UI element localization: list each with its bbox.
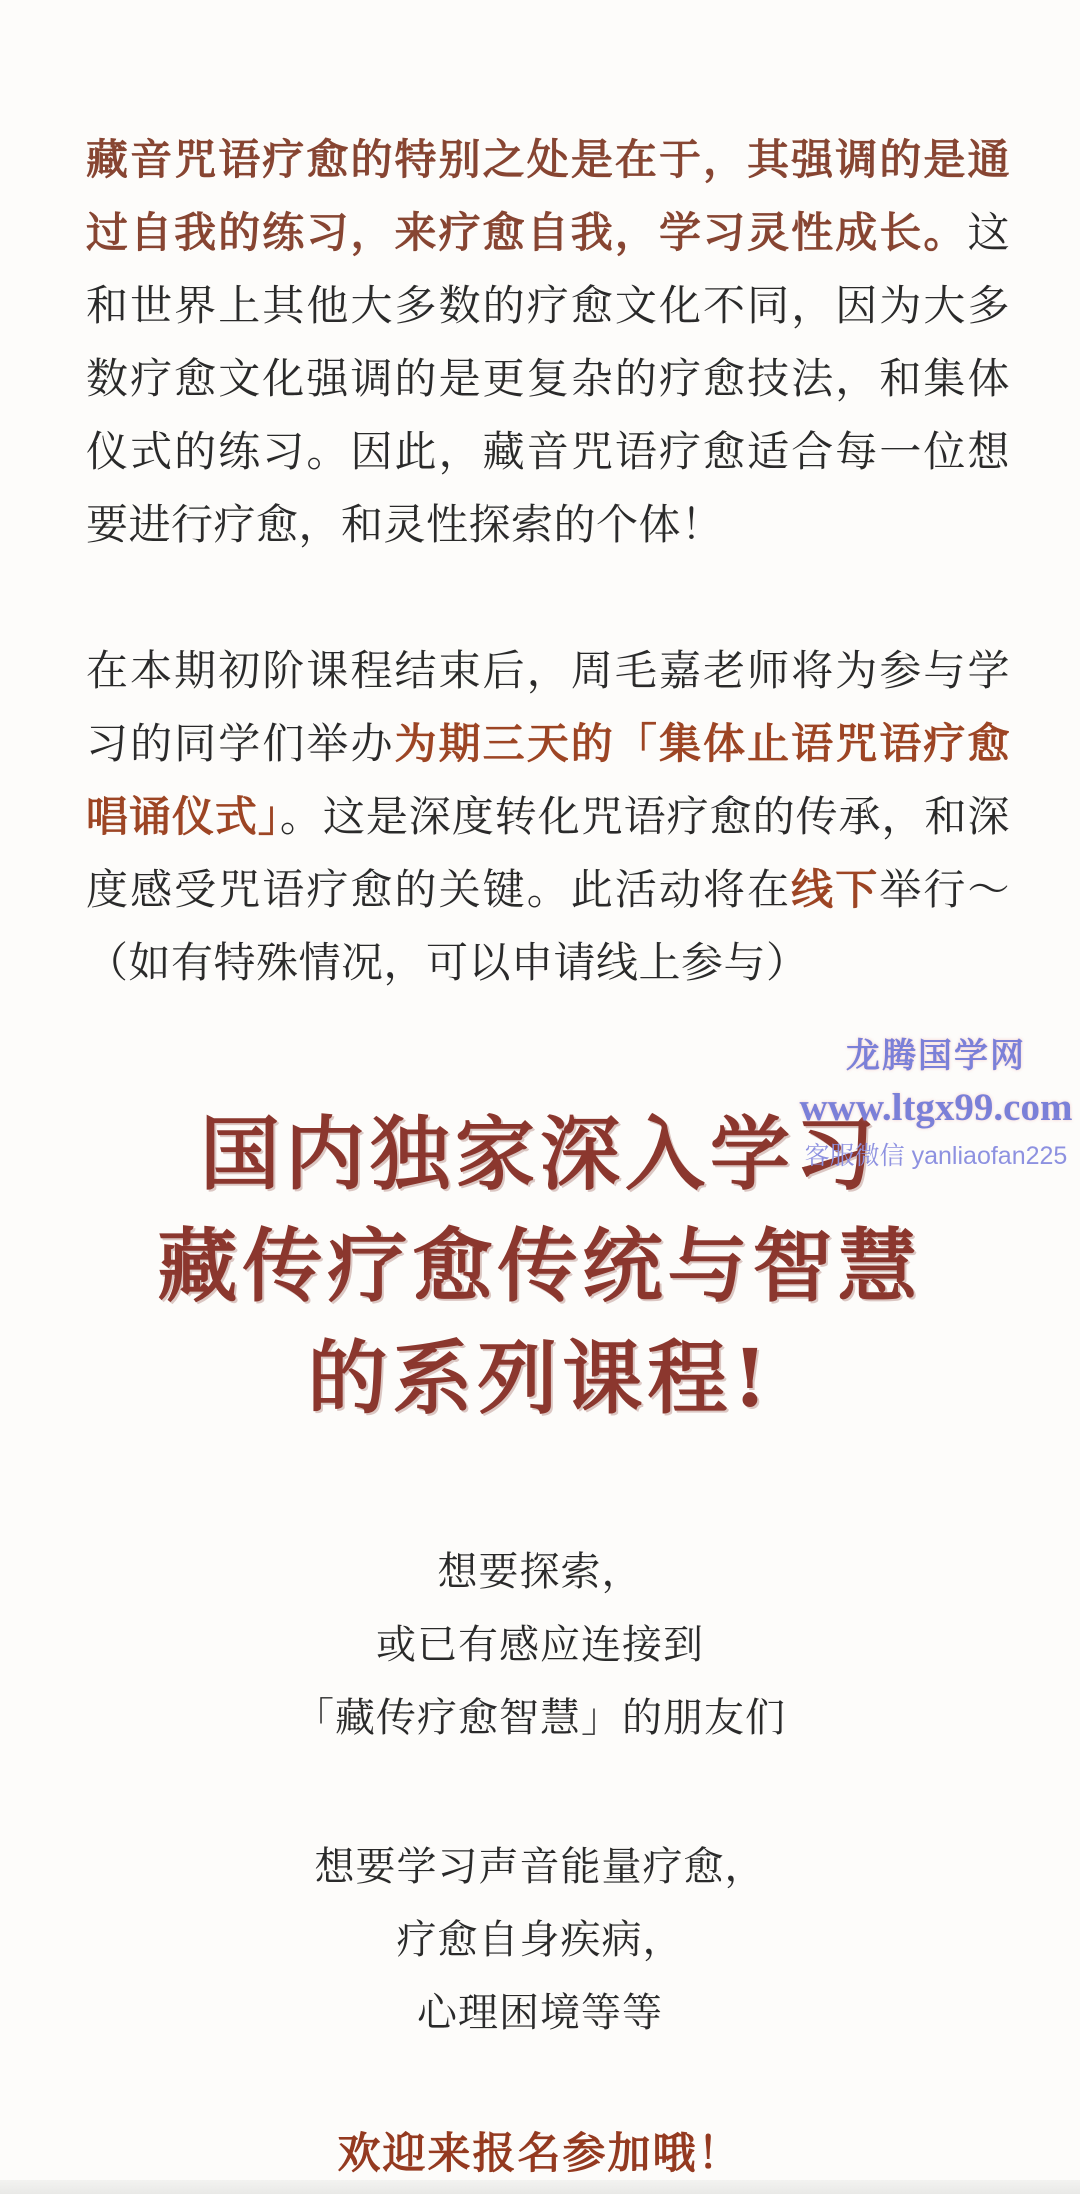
headline-line-3: 的系列课程! xyxy=(0,1322,1080,1434)
ceremony-paragraph: 在本期初阶课程结束后，周毛嘉老师将为参与学习的同学们举办为期三天的「集体止语咒语… xyxy=(0,634,1080,999)
intro-body-text: 这和世界上其他大多数的疗愈文化不同，因为大多数疗愈文化强调的是更复杂的疗愈技法，… xyxy=(86,209,1010,548)
headline-line-1: 国内独家深入学习 xyxy=(0,1098,1080,1210)
audience-line: 心理困境等等 xyxy=(0,1977,1080,2050)
headline-line-2: 藏传疗愈传统与智慧 xyxy=(0,1210,1080,1322)
ceremony-highlight-offline: 线下 xyxy=(791,866,879,913)
series-headline: 国内独家深入学习 藏传疗愈传统与智慧 的系列课程! xyxy=(0,1098,1080,1434)
intro-paragraph: 藏音咒语疗愈的特别之处是在于，其强调的是通过自我的练习，来疗愈自我，学习灵性成长… xyxy=(0,42,1080,561)
audience-group-1: 想要探索， 或已有感应连接到 「藏传疗愈智慧」的朋友们 xyxy=(0,1536,1080,1755)
bottom-edge-strip xyxy=(0,2180,1080,2194)
audience-line: 或已有感应连接到 xyxy=(0,1609,1080,1682)
audience-section: 想要探索， 或已有感应连接到 「藏传疗愈智慧」的朋友们 想要学习声音能量疗愈， … xyxy=(0,1536,1080,2050)
intro-highlight-text: 藏音咒语疗愈的特别之处是在于，其强调的是通过自我的练习，来疗愈自我，学习灵性成长… xyxy=(86,136,1010,256)
audience-line: 疗愈自身疾病， xyxy=(0,1904,1080,1977)
audience-line: 想要探索， xyxy=(0,1536,1080,1609)
audience-line: 想要学习声音能量疗愈， xyxy=(0,1831,1080,1904)
audience-line: 「藏传疗愈智慧」的朋友们 xyxy=(0,1682,1080,1755)
audience-group-2: 想要学习声音能量疗愈， 疗愈自身疾病， 心理困境等等 xyxy=(0,1831,1080,2050)
watermark-site-name: 龙腾国学网 xyxy=(796,1028,1076,1077)
